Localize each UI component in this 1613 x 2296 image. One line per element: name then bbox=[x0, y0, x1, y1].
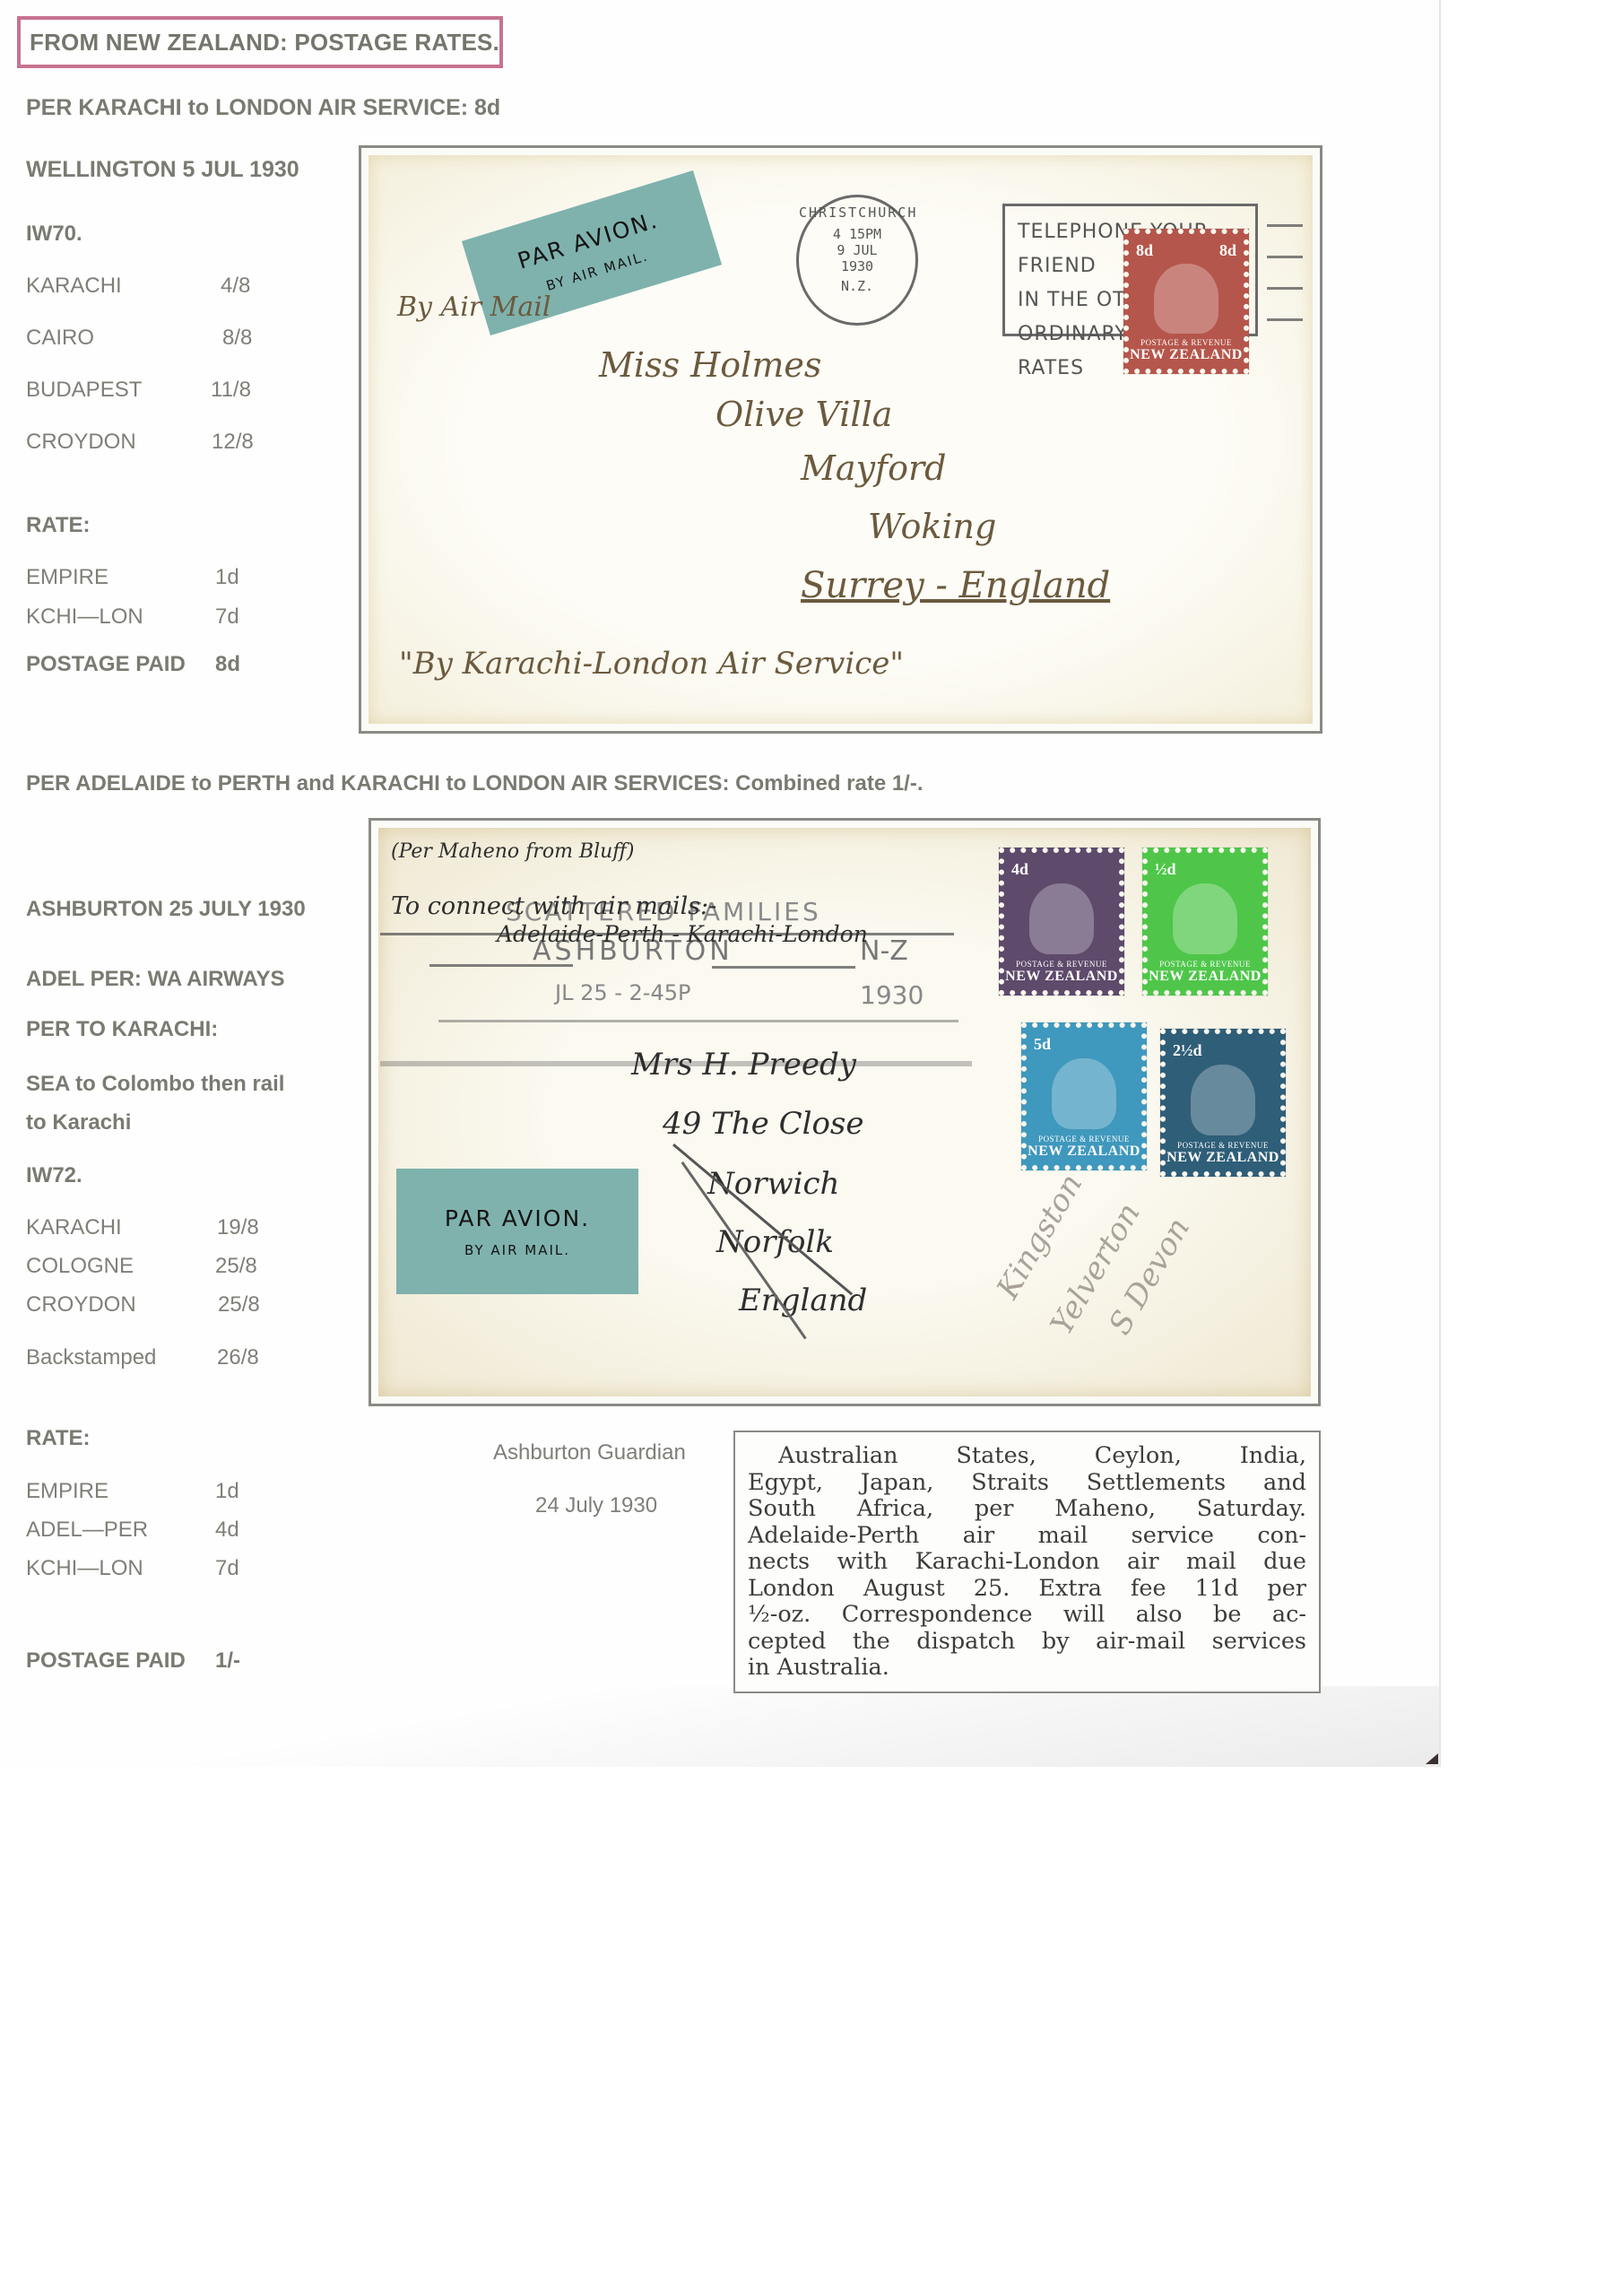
cancel-wavy-line bbox=[1267, 318, 1303, 321]
clipping-line: cepted the dispatch by air-mail services bbox=[748, 1629, 1306, 1656]
stamp-value: 8d bbox=[1219, 241, 1236, 260]
section2-postage-paid-value: 1/- bbox=[215, 1648, 240, 1674]
cover1-stamp-8d: 8d 8d POSTAGE & REVENUE NEW ZEALAND bbox=[1123, 229, 1249, 374]
rate-name: KCHI—LON bbox=[26, 604, 143, 630]
section2-heading: PER ADELAIDE to PERTH and KARACHI to LON… bbox=[26, 771, 924, 796]
clipping-line: Adelaide-Perth air mail service con- bbox=[748, 1523, 1306, 1550]
schedule-place: BUDAPEST bbox=[26, 378, 142, 403]
section2-rate-label: RATE: bbox=[26, 1426, 91, 1451]
schedule-date: 25/8 bbox=[215, 1254, 257, 1279]
schedule-place: COLOGNE bbox=[26, 1254, 134, 1279]
cover1-postmark: CHRISTCHURCH 4 15PM 9 JUL 1930 N.Z. bbox=[796, 195, 918, 326]
schedule-place: KARACHI bbox=[26, 274, 122, 299]
cancel-time: JL 25 - 2-45P bbox=[555, 980, 690, 1005]
king-portrait-icon bbox=[1173, 883, 1237, 955]
schedule-place: CAIRO bbox=[26, 326, 94, 351]
clipping-line: nects with Karachi-London air mail due bbox=[748, 1549, 1306, 1576]
stamp-text-top: POSTAGE & REVENUE bbox=[1038, 1135, 1130, 1144]
clipping-line: Egypt, Japan, Straits Settlements and bbox=[748, 1470, 1306, 1497]
airmail-label-line1: PAR AVION. bbox=[445, 1205, 590, 1231]
king-portrait-icon bbox=[1191, 1065, 1255, 1136]
cover2-airmail-label: PAR AVION. BY AIR MAIL. bbox=[396, 1169, 638, 1294]
schedule-date: 8/8 bbox=[222, 326, 252, 351]
section2-route3-cont: to Karachi bbox=[26, 1110, 131, 1135]
cover1-note-top: By Air Mail bbox=[397, 291, 551, 323]
cancel-wavy-line bbox=[712, 966, 855, 969]
section1-flight: IW70. bbox=[26, 222, 82, 247]
cover2-stamp-5d: 5d POSTAGE & REVENUE NEW ZEALAND bbox=[1021, 1022, 1147, 1170]
schedule-date: 4/8 bbox=[221, 274, 250, 299]
stamp-text-bottom: NEW ZEALAND bbox=[1166, 1150, 1279, 1166]
cover1-address-line: Mayford bbox=[801, 448, 946, 488]
cover2-note1: (Per Maheno from Bluff) bbox=[391, 840, 634, 863]
rate-name: EMPIRE bbox=[26, 1479, 108, 1504]
clipping-line: South Africa, per Maheno, Saturday. bbox=[748, 1496, 1306, 1523]
rate-amount: 4d bbox=[215, 1518, 239, 1543]
postmark-time: 4 15PM bbox=[799, 226, 915, 242]
postmark-country: N.Z. bbox=[799, 278, 915, 294]
postmark-date: 9 JUL bbox=[799, 242, 915, 258]
postmark-year: 1930 bbox=[799, 258, 915, 274]
stamp-text-bottom: NEW ZEALAND bbox=[1005, 969, 1118, 985]
stamp-text-top: POSTAGE & REVENUE bbox=[1016, 960, 1107, 969]
stamp-value: ½d bbox=[1155, 860, 1176, 879]
rate-name: EMPIRE bbox=[26, 565, 108, 590]
stamp-value: 4d bbox=[1011, 860, 1028, 879]
cover2-stamp-4d: 4d POSTAGE & REVENUE NEW ZEALAND bbox=[999, 848, 1124, 996]
page-title: FROM NEW ZEALAND: POSTAGE RATES. bbox=[17, 16, 503, 68]
stamp-text-top: POSTAGE & REVENUE bbox=[1177, 1141, 1269, 1150]
cancel-wavy-line bbox=[438, 1020, 958, 1022]
section2-route3: SEA to Colombo then rail bbox=[26, 1072, 284, 1097]
cover2-note3: Adelaide-Perth - Karachi-London bbox=[497, 921, 868, 947]
cover1-address-line: Surrey - England bbox=[801, 565, 1110, 606]
clipping-date: 24 July 1930 bbox=[535, 1493, 657, 1518]
cancel-year: 1930 bbox=[860, 980, 924, 1010]
clipping-line: ½-oz. Correspondence will also be ac- bbox=[748, 1602, 1306, 1629]
king-portrait-icon bbox=[1154, 264, 1218, 334]
section2-route1: ADEL PER: WA AIRWAYS bbox=[26, 967, 285, 992]
schedule-place: CROYDON bbox=[26, 1292, 136, 1318]
cover2-address-line: England bbox=[739, 1283, 867, 1318]
section1-postage-paid-label: POSTAGE PAID bbox=[26, 652, 186, 677]
section2-postage-paid-label: POSTAGE PAID bbox=[26, 1648, 186, 1674]
schedule-date: 26/8 bbox=[217, 1345, 259, 1370]
stamp-value: 8d bbox=[1136, 241, 1153, 260]
stamp-text-top: POSTAGE & REVENUE bbox=[1159, 960, 1251, 969]
section2-route2: PER TO KARACHI: bbox=[26, 1017, 218, 1042]
rate-amount: 7d bbox=[215, 1556, 239, 1581]
cover1-frame: PAR AVION. BY AIR MAIL. CHRISTCHURCH 4 1… bbox=[359, 145, 1322, 734]
stamp-text-bottom: NEW ZEALAND bbox=[1149, 969, 1262, 985]
section2-origin: ASHBURTON 25 JULY 1930 bbox=[26, 897, 306, 922]
stamp-text-bottom: NEW ZEALAND bbox=[1028, 1144, 1140, 1160]
stamp-value: 2½d bbox=[1173, 1041, 1202, 1060]
page-title-text: FROM NEW ZEALAND: POSTAGE RATES. bbox=[30, 29, 499, 57]
cover1-address-line: Miss Holmes bbox=[599, 345, 821, 385]
schedule-place: CROYDON bbox=[26, 430, 136, 455]
king-portrait-icon bbox=[1052, 1058, 1116, 1130]
rate-amount: 1d bbox=[215, 1479, 239, 1504]
section1-origin: WELLINGTON 5 JUL 1930 bbox=[26, 157, 299, 183]
cover2-address-line: 49 The Close bbox=[663, 1106, 864, 1142]
cover2-stamp-2-half-d: 2½d POSTAGE & REVENUE NEW ZEALAND bbox=[1160, 1029, 1286, 1177]
rate-amount: 1d bbox=[215, 565, 239, 590]
airmail-label-line2: BY AIR MAIL. bbox=[464, 1242, 570, 1258]
cover2-frame: SCATTERED FAMILIES ASHBURTON N-Z JL 25 -… bbox=[369, 818, 1321, 1406]
cancel-wavy-line bbox=[429, 964, 573, 967]
cancel-wavy-line bbox=[1267, 224, 1303, 227]
cover2-stamp-halfpenny: ½d POSTAGE & REVENUE NEW ZEALAND bbox=[1142, 848, 1268, 996]
schedule-date: 12/8 bbox=[212, 430, 254, 455]
cover1-note-bottom: "By Karachi-London Air Service" bbox=[399, 646, 904, 682]
rate-amount: 7d bbox=[215, 604, 239, 630]
clipping-line: London August 25. Extra fee 11d per bbox=[748, 1576, 1306, 1603]
stamp-text-top: POSTAGE & REVENUE bbox=[1140, 338, 1232, 347]
schedule-date: 25/8 bbox=[218, 1292, 260, 1318]
section1-postage-paid-value: 8d bbox=[215, 652, 240, 677]
schedule-place: KARACHI bbox=[26, 1215, 122, 1240]
cover2-address-line: Norwich bbox=[707, 1166, 839, 1202]
cancel-wavy-line bbox=[1267, 287, 1303, 290]
section2-flight: IW72. bbox=[26, 1163, 82, 1188]
stamp-value: 5d bbox=[1034, 1035, 1051, 1054]
cover1-address-line: Olive Villa bbox=[715, 395, 892, 434]
rate-name: KCHI—LON bbox=[26, 1556, 143, 1581]
stamp-text-bottom: NEW ZEALAND bbox=[1130, 347, 1243, 363]
page-edge-shadow bbox=[27, 1686, 1439, 1767]
king-portrait-icon bbox=[1029, 883, 1094, 955]
cover2-address-line: Mrs H. Preedy bbox=[631, 1047, 856, 1083]
clipping-source: Ashburton Guardian bbox=[493, 1440, 686, 1465]
clipping-line: Australian States, Ceylon, India, bbox=[748, 1443, 1306, 1470]
schedule-place: Backstamped bbox=[26, 1345, 156, 1370]
clipping-line: in Australia. bbox=[748, 1655, 1306, 1682]
cover2-note2: To connect with air mails:- bbox=[391, 892, 716, 920]
newspaper-clipping: Australian States, Ceylon, India, Egypt,… bbox=[733, 1431, 1321, 1693]
section1-rate-label: RATE: bbox=[26, 513, 91, 538]
schedule-date: 11/8 bbox=[211, 378, 251, 403]
section1-heading: PER KARACHI to LONDON AIR SERVICE: 8d bbox=[26, 95, 500, 121]
cancel-wavy-line bbox=[1267, 256, 1303, 258]
cover1-address-line: Woking bbox=[868, 507, 996, 546]
rate-name: ADEL—PER bbox=[26, 1518, 148, 1543]
schedule-date: 19/8 bbox=[217, 1215, 259, 1240]
postmark-town: CHRISTCHURCH bbox=[799, 204, 915, 221]
